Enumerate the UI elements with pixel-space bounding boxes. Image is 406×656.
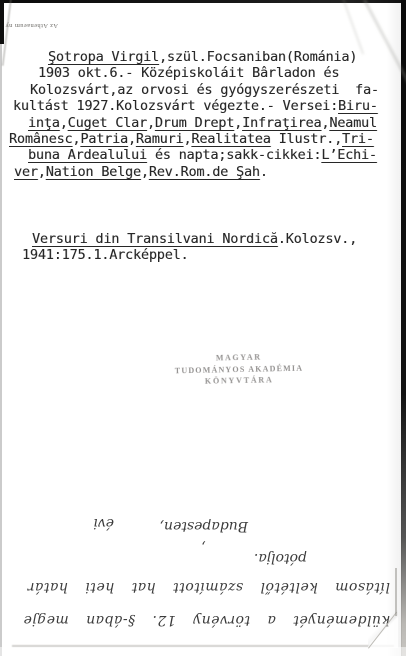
typewritten-line: buna Ardealului és napta;sakk-cikkei:L’E… — [0, 147, 402, 163]
typewritten-line: Kolozsvárt,az orvosi és gyógyszerészeti … — [0, 82, 402, 98]
underlined-title: buna Ardealului — [28, 147, 147, 163]
underlined-title: Românesc — [9, 131, 72, 147]
underlined-title: Realitatea — [191, 131, 270, 147]
typewritten-text: , — [147, 115, 155, 131]
typewritten-text: Ilustr., — [271, 131, 342, 147]
typewritten-text: 1941:175.1.Arcképpel. — [22, 247, 188, 263]
typewritten-line: 1903 okt.6.- Középiskoláit Bârladon és — [0, 65, 402, 81]
underlined-title: L’Echi- — [321, 147, 377, 163]
overlined-text: okt.6. — [78, 65, 126, 81]
form-city: Budapesten, — [160, 518, 248, 534]
paper-wrinkle — [342, 0, 364, 55]
typewritten-text: , — [141, 164, 149, 180]
scanned-catalog-card: Az Athenaeum ny Şotropa Virgil,szül.Focs… — [0, 0, 406, 656]
typewritten-text: , — [234, 115, 242, 131]
underlined-title: Patria — [80, 131, 128, 147]
typewritten-line: Şotropa Virgil,szül.Focsaniban(Románia) — [0, 49, 402, 65]
typewritten-line: Românesc,Patria,Ramuri,Realitatea Ilustr… — [0, 131, 402, 147]
underlined-title: Cuget Clar — [68, 115, 147, 131]
underlined-title: Biru- — [338, 98, 378, 114]
reverse-form-print: küldeményét a törvény 12. §-ában megje l… — [0, 500, 406, 640]
scanner-background — [0, 647, 406, 656]
typewritten-text: 1903 — [38, 65, 78, 81]
typewritten-line: 1941:175.1.Arcképpel. — [0, 247, 402, 263]
underlined-title: Nation Belge — [46, 164, 141, 180]
typewritten-line: ver,Nation Belge,Rev.Rom.de Şah. — [0, 164, 402, 180]
underlined-title: Rev.Rom.de Şah — [149, 164, 260, 180]
typewritten-text: kultást 1927.Kolozsvárt végezte.- Versei… — [13, 98, 338, 114]
form-line: lításom keltétől számított hat heti hatá… — [0, 579, 390, 595]
typewritten-text: , — [60, 115, 68, 131]
underlined-title: Neamul — [329, 115, 377, 131]
typewritten-text: ,szül.Focsaniban(Románia) — [159, 49, 357, 65]
typewritten-work-citation: Versuri din Transilvani Nordică.Kolozsv.… — [0, 231, 402, 264]
reverse-print-imprint: Az Athenaeum ny — [2, 19, 58, 31]
underlined-title: Şotropa Virgil — [48, 49, 159, 65]
library-stamp: MAGYAR TUDOMÁNYOS AKADÉMIA KÖNYVTÁRA — [150, 350, 329, 388]
typewritten-text: és nap — [147, 147, 203, 163]
underlined-title: inţa — [28, 115, 60, 131]
typewritten-text: ;sakk-cikkei: — [218, 147, 321, 163]
typewritten-line: inţa,Cuget Clar,Drum Drept,Infraţirea,Ne… — [0, 115, 402, 131]
typewritten-text: , — [38, 164, 46, 180]
typewritten-text: , — [128, 131, 136, 147]
form-line: küldeményét a törvény 12. §-ában megje — [0, 612, 390, 628]
typewritten-text: Kolozsvárt,az orvosi és gyógyszerészeti … — [30, 82, 379, 98]
corner-fold-edge — [395, 568, 397, 616]
overlined-text: ta — [202, 147, 218, 163]
underlined-title: ver — [14, 164, 38, 180]
underlined-title: Drum Drept — [155, 115, 234, 131]
typewritten-line: kultást 1927.Kolozsvárt végezte.- Versei… — [0, 98, 402, 114]
typewritten-text: .Kolozsv., — [278, 231, 357, 247]
typewritten-text: - Középiskoláit Bârladon és — [125, 65, 339, 81]
form-line: pótolja. — [254, 550, 307, 566]
typewritten-text: . — [260, 164, 268, 180]
underlined-title: Versuri din Transilvani Nordică — [32, 231, 278, 247]
underlined-title: Infraţirea — [242, 115, 321, 131]
typewritten-entry-paragraph: Şotropa Virgil,szül.Focsaniban(Románia)1… — [0, 49, 402, 180]
typewritten-line: Versuri din Transilvani Nordică.Kolozsv.… — [0, 231, 402, 247]
form-evi: évi — [93, 515, 114, 531]
underlined-title: Ramuri — [136, 131, 184, 147]
underlined-title: Tri- — [342, 131, 374, 147]
